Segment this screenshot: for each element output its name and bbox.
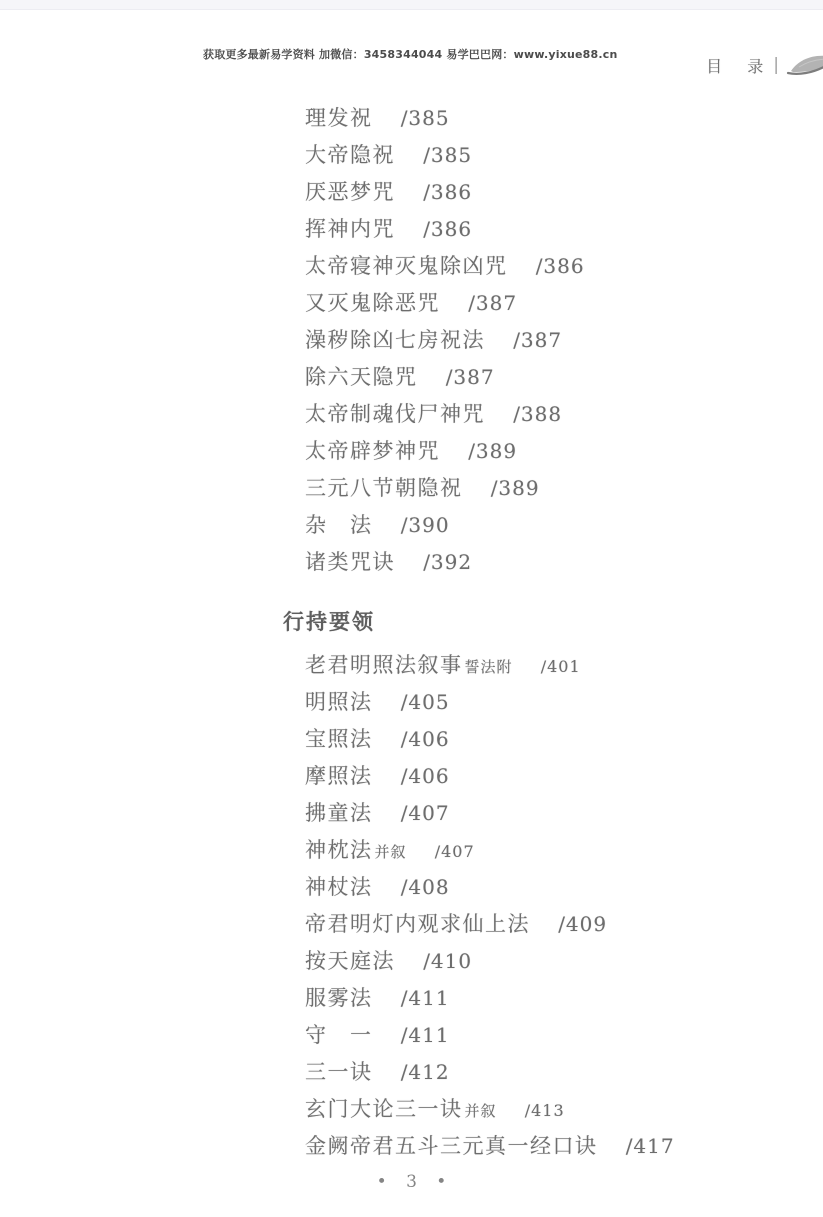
toc-entry-title: 神杖法: [305, 875, 373, 899]
toc-entry: 守 一 /411: [305, 1017, 783, 1054]
toc-entry: 神枕法并叙 /407: [305, 832, 783, 869]
toc-entry-title: 又灭鬼除恶咒: [305, 291, 440, 315]
toc-entry: 理发祝 /385: [305, 100, 783, 137]
toc-entry: 拂童法 /407: [305, 795, 783, 832]
toc-entry-title: 诸类咒诀: [305, 550, 395, 574]
toc-entry: 金阙帝君五斗三元真一经口诀 /417: [305, 1128, 783, 1165]
toc-entry-title: 挥神内咒: [305, 217, 395, 241]
toc-entry: 大帝隐祝 /385: [305, 137, 783, 174]
toc-entry-title: 太帝制魂伐尸神咒: [305, 402, 485, 426]
toc-section-2: 行持要领 老君明照法叙事誓法附 /401 明照法 /405 宝照法 /406: [283, 607, 783, 1165]
toc-entry-title: 摩照法: [305, 764, 373, 788]
toc-entry-page: /389: [491, 476, 540, 500]
toc-entry-page: /389: [468, 439, 517, 463]
toc-entry-title: 明照法: [305, 690, 373, 714]
toc-entry: 杂 法 /390: [305, 507, 783, 544]
toc-entry: 宝照法 /406: [305, 721, 783, 758]
toc-entry-page: /417: [626, 1134, 675, 1158]
leaf-flourish-icon: [785, 50, 823, 80]
toc-section-1: 理发祝 /385 大帝隐祝 /385 厌恶梦咒 /386 挥神内咒 /386: [283, 100, 783, 581]
toc-entry-page: /409: [558, 912, 607, 936]
toc-entry-title: 金阙帝君五斗三元真一经口诀: [305, 1134, 598, 1158]
toc-entry-page: /408: [401, 875, 450, 899]
toc-entry: 服雾法 /411: [305, 980, 783, 1017]
toc-entry-title: 按天庭法: [305, 949, 395, 973]
toc-entry-title: 拂童法: [305, 801, 373, 825]
toc-entry-page: /388: [513, 402, 562, 426]
toc-entry-page: /412: [401, 1060, 450, 1084]
toc-entry-annotation: 誓法附: [465, 658, 513, 676]
page-number: • 3 •: [0, 1172, 823, 1192]
toc-entry-title: 澡秽除凶七房祝法: [305, 328, 485, 352]
toc-entry: 太帝制魂伐尸神咒 /388: [305, 396, 783, 433]
toc-entry-page: /392: [423, 550, 472, 574]
toc-entry: 又灭鬼除恶咒 /387: [305, 285, 783, 322]
toc-entry-page: /386: [423, 180, 472, 204]
toc-entry-page: /410: [423, 949, 472, 973]
toc-entry: 按天庭法 /410: [305, 943, 783, 980]
toc-entry-title: 除六天隐咒: [305, 365, 418, 389]
toc-entry: 三元八节朝隐祝 /389: [305, 470, 783, 507]
toc-entry: 太帝辟梦神咒 /389: [305, 433, 783, 470]
section-heading: 行持要领: [283, 607, 783, 637]
toc-entry-page: /385: [423, 143, 472, 167]
toc-entry-title: 守 一: [305, 1023, 373, 1047]
toc-entry-page: /407: [435, 842, 475, 861]
toc-entry-page: /390: [401, 513, 450, 537]
toc-entry-page: /407: [401, 801, 450, 825]
toc-entry-page: /405: [401, 690, 450, 714]
toc-entry: 挥神内咒 /386: [305, 211, 783, 248]
toc-entry: 玄门大论三一诀并叙 /413: [305, 1091, 783, 1128]
toc-entry: 摩照法 /406: [305, 758, 783, 795]
header-separator: |: [773, 55, 779, 75]
toc-entry-page: /406: [401, 727, 450, 751]
toc-entry-title: 杂 法: [305, 513, 373, 537]
toc-entry-page: /387: [468, 291, 517, 315]
watermark-text: 获取更多最新易学资料 加微信：3458344044 易学巴巴网：www.yixu…: [203, 46, 618, 62]
toc-entry-title: 太帝寝神灭鬼除凶咒: [305, 254, 508, 278]
toc-entry-page: /401: [541, 657, 581, 676]
page-header: 目 录 |: [706, 50, 823, 80]
toc-entry: 明照法 /405: [305, 684, 783, 721]
toc-entry-page: /411: [401, 986, 450, 1010]
toc-entry: 三一诀 /412: [305, 1054, 783, 1091]
toc-item-list: 理发祝 /385 大帝隐祝 /385 厌恶梦咒 /386 挥神内咒 /386: [283, 100, 783, 581]
toc-entry-page: /386: [423, 217, 472, 241]
toc-entry: 太帝寝神灭鬼除凶咒 /386: [305, 248, 783, 285]
toc-entry-page: /387: [446, 365, 495, 389]
toc-entry: 老君明照法叙事誓法附 /401: [305, 647, 783, 684]
toc-entry: 除六天隐咒 /387: [305, 359, 783, 396]
toc-header-label: 目 录: [706, 54, 773, 77]
toc-entry-page: /411: [401, 1023, 450, 1047]
toc-entry-title: 厌恶梦咒: [305, 180, 395, 204]
toc-entry-title: 大帝隐祝: [305, 143, 395, 167]
toc-entry-page: /406: [401, 764, 450, 788]
toc-item-list: 老君明照法叙事誓法附 /401 明照法 /405 宝照法 /406 摩照法 /4…: [283, 647, 783, 1165]
toc-entry-title: 三一诀: [305, 1060, 373, 1084]
toc-entry-page: /386: [536, 254, 585, 278]
toc-entry-title: 太帝辟梦神咒: [305, 439, 440, 463]
toc-entry-title: 三元八节朝隐祝: [305, 476, 463, 500]
toc-entry-annotation: 并叙: [465, 1102, 497, 1120]
toc-entry-page: /385: [401, 106, 450, 130]
top-bar: [0, 0, 823, 10]
toc-entry-title: 理发祝: [305, 106, 373, 130]
toc-entry-title: 服雾法: [305, 986, 373, 1010]
toc-entry-title: 帝君明灯内观求仙上法: [305, 912, 530, 936]
toc-entry: 诸类咒诀 /392: [305, 544, 783, 581]
toc-entry: 帝君明灯内观求仙上法 /409: [305, 906, 783, 943]
toc-entry: 澡秽除凶七房祝法 /387: [305, 322, 783, 359]
toc-entry-title: 神枕法: [305, 838, 373, 862]
toc-entry-title: 老君明照法叙事: [305, 653, 463, 677]
toc-entry-annotation: 并叙: [375, 843, 407, 861]
toc-entry-page: /387: [513, 328, 562, 352]
toc-entry-title: 玄门大论三一诀: [305, 1097, 463, 1121]
toc-entry: 神杖法 /408: [305, 869, 783, 906]
toc-entry-page: /413: [525, 1101, 565, 1120]
table-of-contents: 理发祝 /385 大帝隐祝 /385 厌恶梦咒 /386 挥神内咒 /386: [283, 100, 783, 1165]
toc-entry: 厌恶梦咒 /386: [305, 174, 783, 211]
toc-entry-title: 宝照法: [305, 727, 373, 751]
